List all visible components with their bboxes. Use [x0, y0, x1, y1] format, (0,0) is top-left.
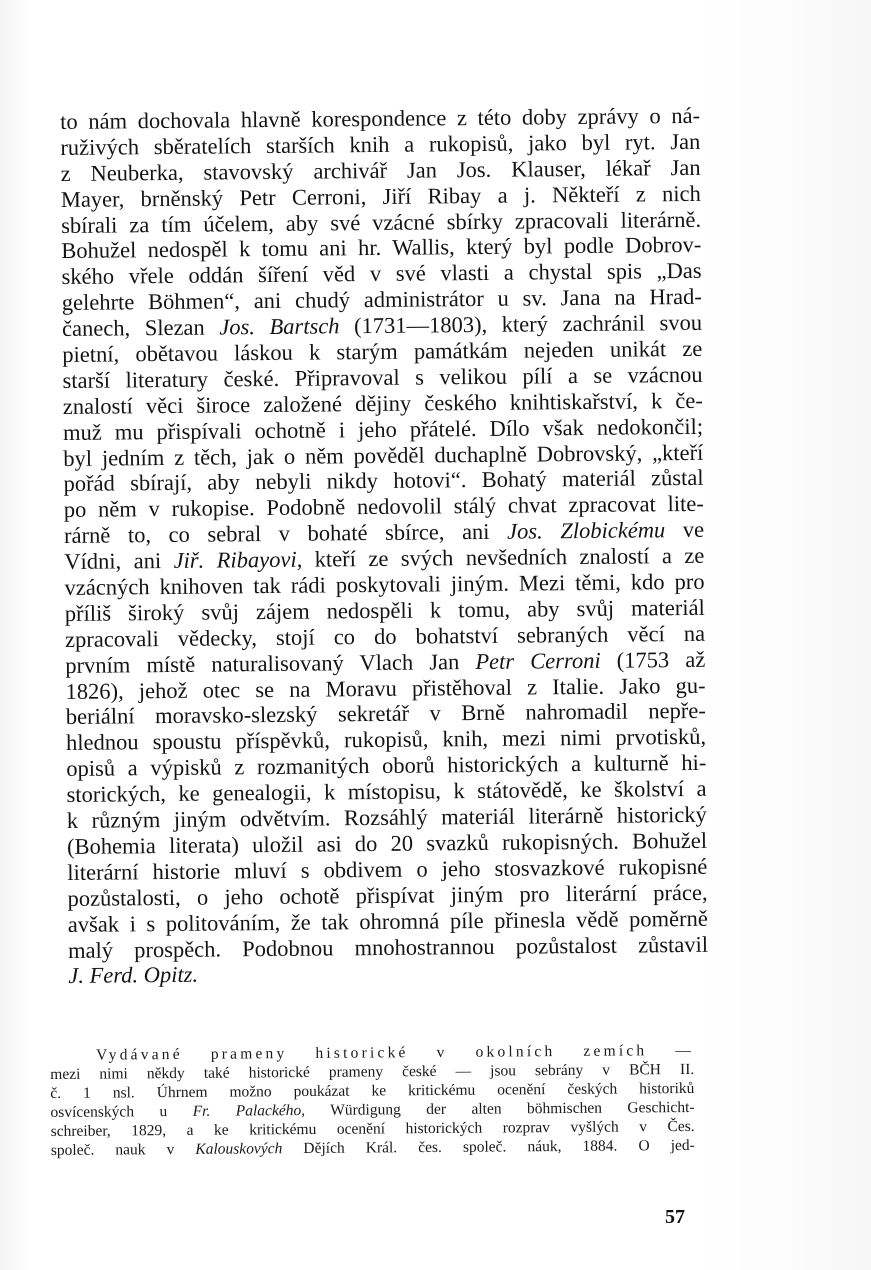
text-span: rárně to, co sebral v bohaté sbírce, ani [64, 519, 507, 548]
footnote: Vydávané prameny historické v okolních z… [50, 1041, 695, 1160]
footnote-line: společ. nauk v Kalouskových Dějích Král.… [51, 1136, 695, 1160]
italic-name: Fr. Palackého, [193, 1102, 306, 1120]
scanned-book-page: to nám dochovala hlavně korespondence z … [0, 0, 871, 1270]
text-span: (1753 až [601, 647, 706, 673]
body-text: to nám dochovala hlavně korespondence z … [60, 103, 708, 989]
text-span: Dějích Král. čes. společ. náuk, 1884. O … [282, 1137, 695, 1157]
text-span: ve [665, 517, 704, 542]
page-number: 57 [665, 1206, 685, 1229]
italic-name: Petr Cerroni [475, 648, 600, 674]
italic-name: Jos. Zlobickému [507, 517, 665, 544]
italic-name: Jos. Bartsch [219, 313, 339, 339]
text-span: kteří ze svých nevšedních znalostí a ze [302, 543, 704, 572]
text-span: prvním místě naturalisovaný Vlach Jan [65, 649, 475, 678]
italic-name: Jiř. Ribayovi, [174, 547, 303, 573]
text-span: osvícenských u [50, 1103, 192, 1121]
text-span: čanech, Slezan [62, 315, 219, 342]
closing-name-line: J. Ferd. Opitz. [68, 957, 708, 989]
text-span: Würdigung der alten böhmischen Geschicht… [305, 1099, 695, 1119]
italic-name: Kalouskových [195, 1140, 282, 1158]
text-span: společ. nauk v [51, 1141, 196, 1159]
text-span: Vídni, ani [64, 548, 174, 574]
text-span: (1731—1803), který zachránil svou [339, 310, 702, 338]
